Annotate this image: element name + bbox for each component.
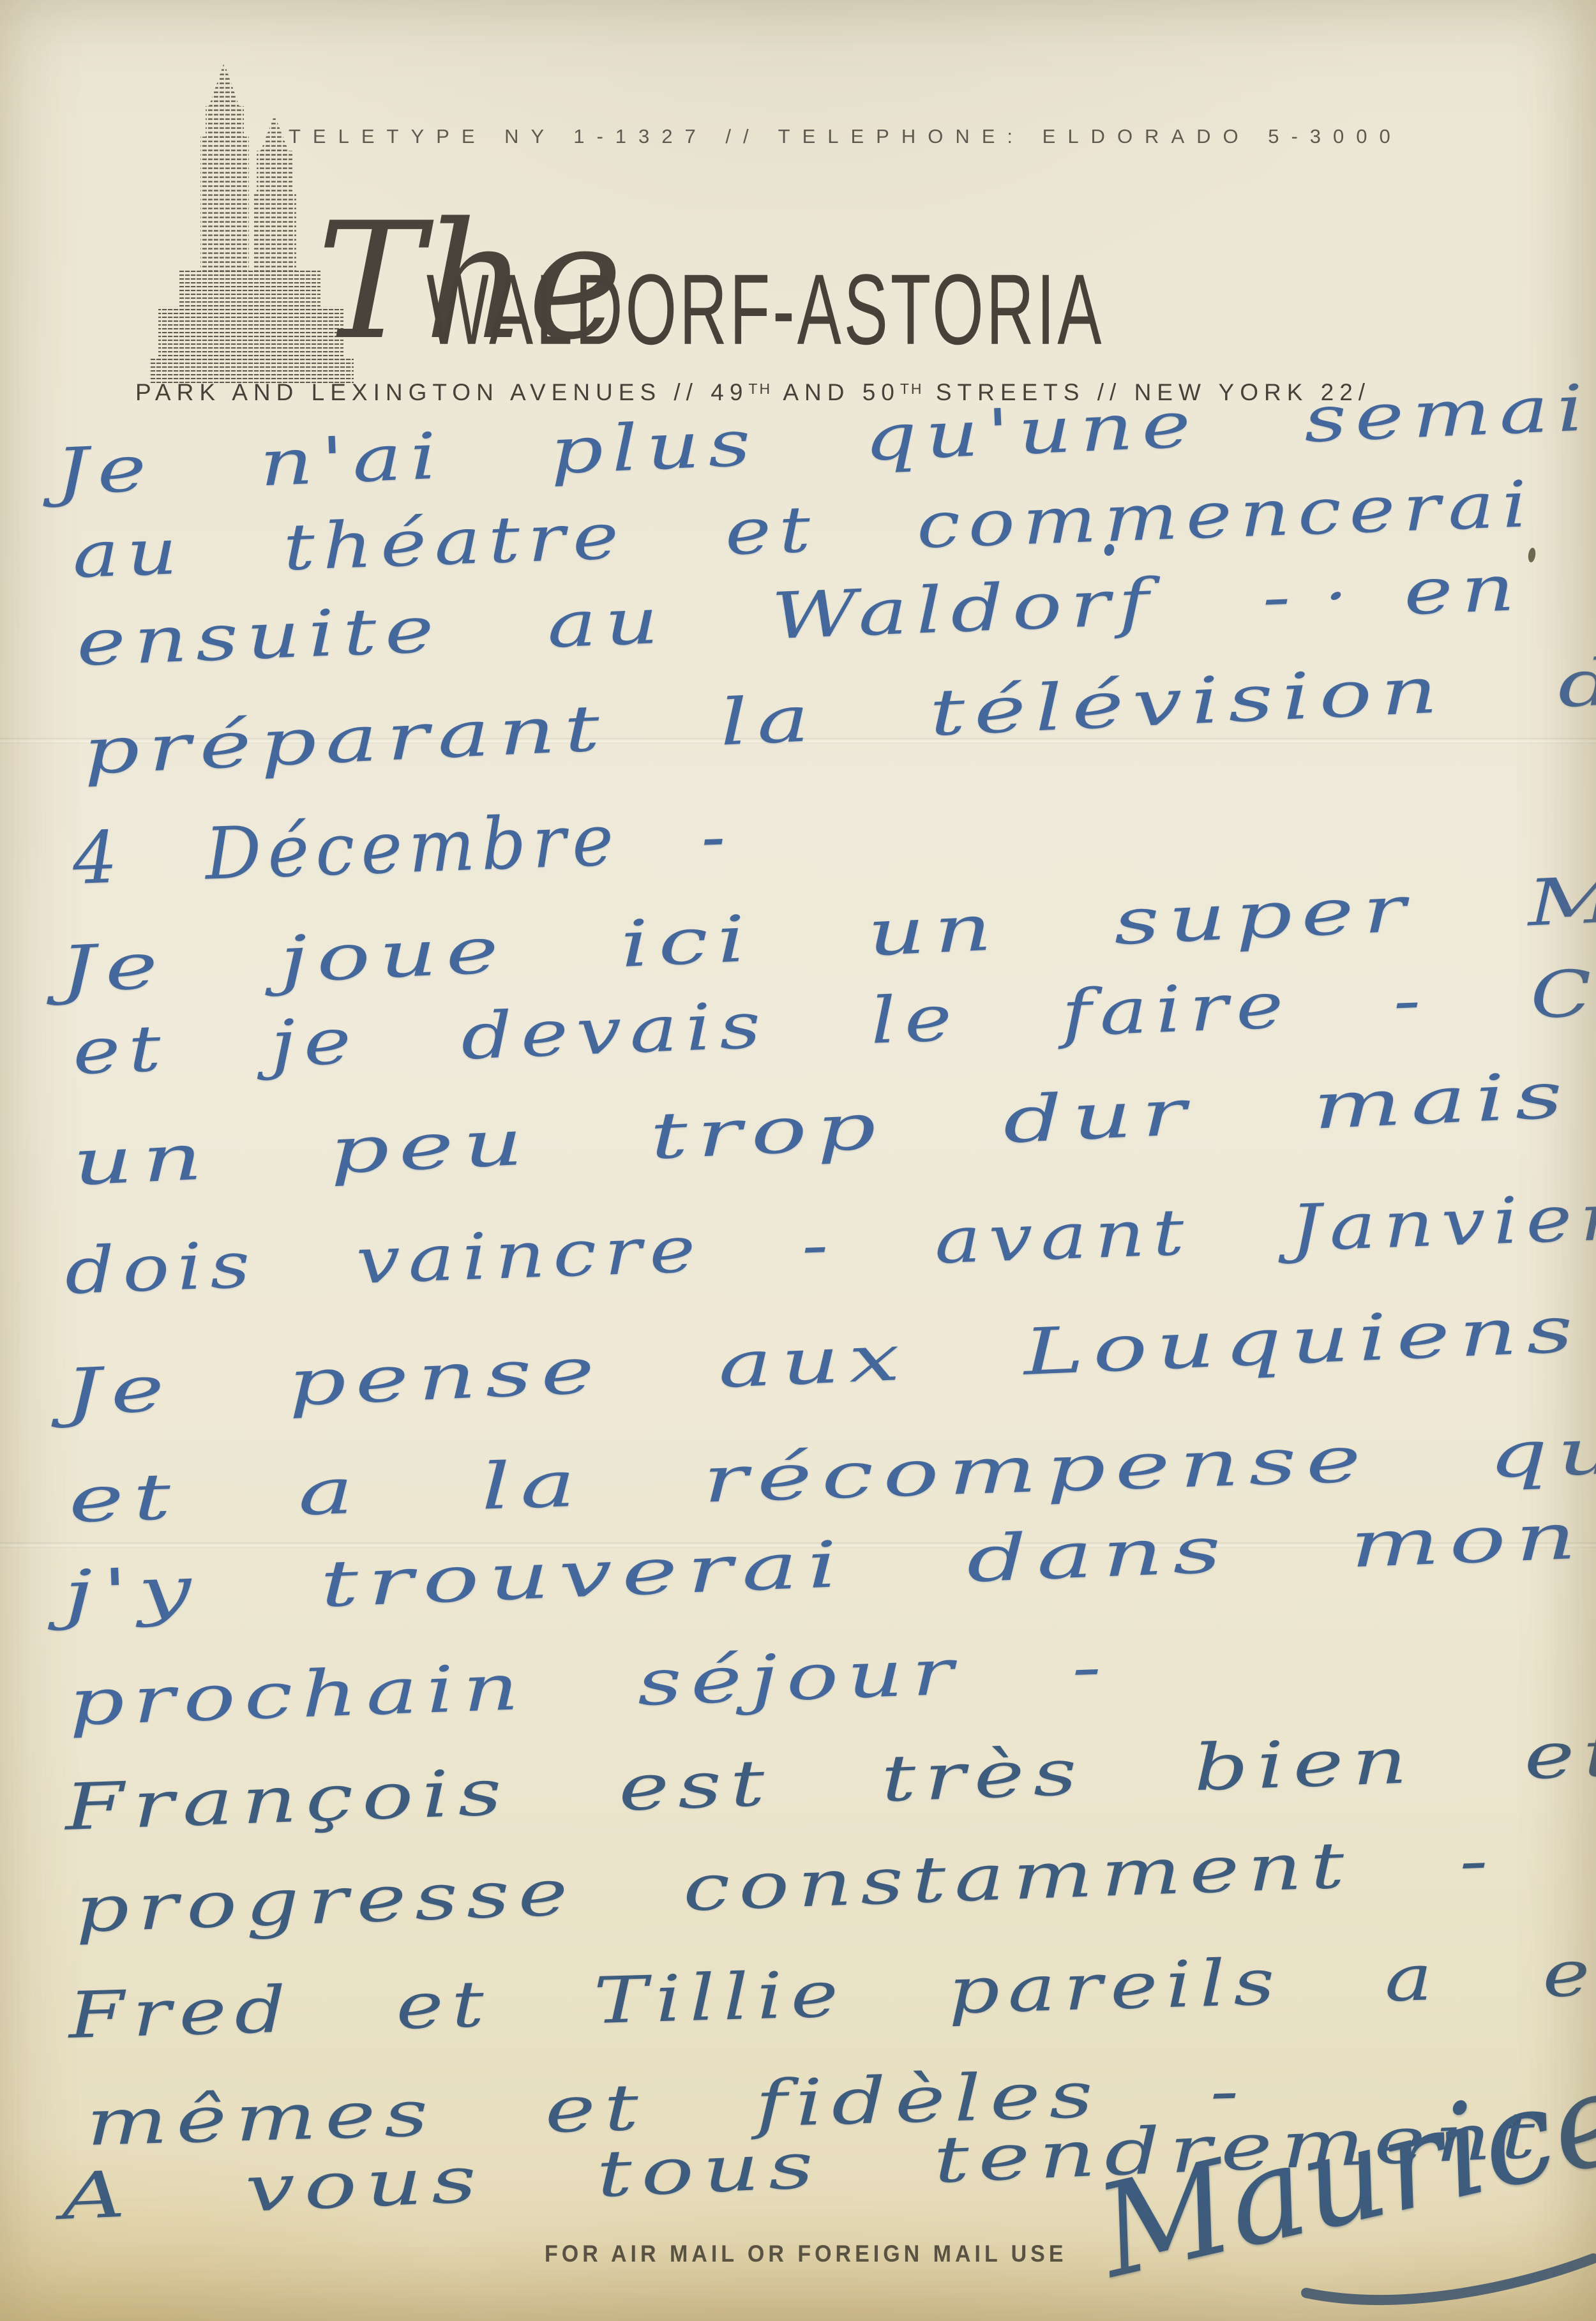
handwritten-line: Je pense aux Louquiens	[64, 1297, 1583, 1424]
handwritten-line: progresse constamment -	[74, 1828, 1497, 1942]
teletype-telephone-line: TELETYPE NY 1-1327 // TELEPHONE: ELDORAD…	[289, 125, 1403, 148]
handwritten-line: dois vaincre - avant Janvier -	[64, 1180, 1596, 1303]
signature-underline-flourish	[1302, 2247, 1596, 2320]
airmail-footer-label: FOR AIR MAIL OR FOREIGN MAIL USE	[545, 2241, 1067, 2267]
address-ordinal-suffix: TH	[900, 380, 924, 397]
handwritten-line: François est très bien et	[64, 1722, 1596, 1840]
handwritten-line: Fred et Tillie pareils a eux	[68, 1938, 1596, 2048]
address-ordinal-suffix: TH	[748, 380, 772, 397]
address-segment: PARK AND LEXINGTON AVENUES // 49	[135, 379, 748, 405]
handwritten-line: 4 Décembre -	[72, 800, 732, 895]
handwritten-line: prochain séjour -	[68, 1635, 1111, 1735]
ink-speck	[1527, 547, 1536, 562]
letter-page: TELETYPE NY 1-1327 // TELEPHONE: ELDORAD…	[0, 0, 1596, 2321]
hotel-name-logotype: WALDORF-ASTORIA	[426, 253, 1104, 367]
